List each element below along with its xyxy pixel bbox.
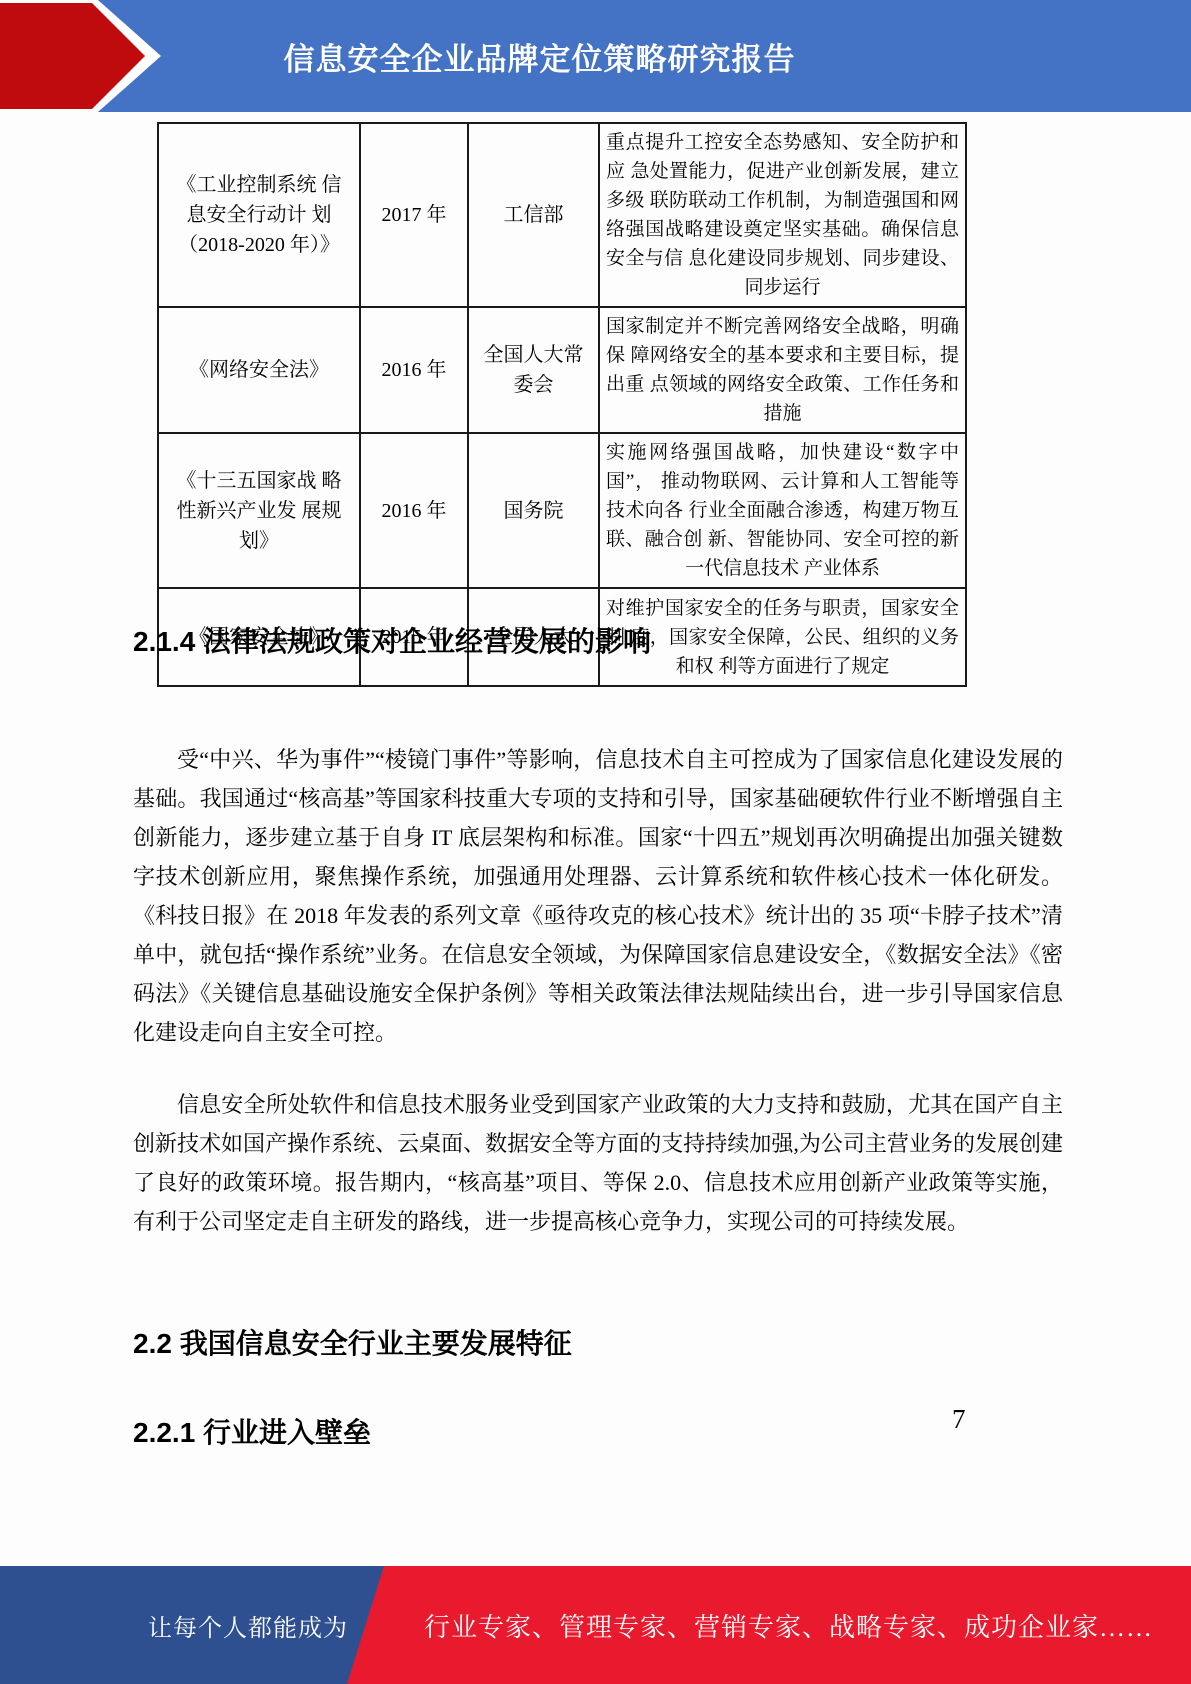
- section-heading-2-2-1: 2.2.1 行业进入壁垒: [133, 1415, 371, 1451]
- policy-year-cell: 2016 年: [360, 307, 468, 433]
- policy-description-cell: 实施网络强国战略，加快建设“数字中国”， 推动物联网、云计算和人工智能等技术向各…: [599, 433, 966, 588]
- footer-slogan-right: 行业专家、管理专家、营销专家、战略专家、成功企业家……: [424, 1566, 1171, 1684]
- policy-year-cell: 2016 年: [360, 433, 468, 588]
- policy-year-cell: 2017 年: [360, 123, 468, 307]
- report-page: 信息安全企业品牌定位策略研究报告 《工业控制系统 信息安全行动计 划（2018-…: [0, 0, 1191, 1684]
- page-footer: 让每个人都能成为 行业专家、管理专家、营销专家、战略专家、成功企业家……: [0, 1566, 1191, 1684]
- policy-description-cell: 重点提升工控安全态势感知、安全防护和应 急处置能力，促进产业创新发展，建立多级 …: [599, 123, 966, 307]
- table-row: 《工业控制系统 信息安全行动计 划（2018-2020 年）》 2017 年 工…: [158, 123, 966, 307]
- page-number: 7: [952, 1402, 966, 1436]
- policy-issuer-cell: 全国人大常委会: [468, 307, 599, 433]
- body-paragraph-2: 信息安全所处软件和信息技术服务业受到国家产业政策的大力支持和鼓励，尤其在国产自主…: [133, 1085, 1063, 1241]
- policy-name-cell: 《十三五国家战 略性新兴产业发 展规划》: [158, 433, 360, 588]
- policy-issuer-cell: 国务院: [468, 433, 599, 588]
- policy-issuer-cell: 工信部: [468, 123, 599, 307]
- table-row: 《网络安全法》 2016 年 全国人大常委会 国家制定并不断完善网络安全战略，明…: [158, 307, 966, 433]
- policy-description-cell: 对维护国家安全的任务与职责，国家安全制 度，国家安全保障，公民、组织的义务和权 …: [599, 588, 966, 686]
- policy-table: 《工业控制系统 信息安全行动计 划（2018-2020 年）》 2017 年 工…: [157, 122, 967, 687]
- body-paragraph-1: 受“中兴、华为事件”“棱镜门事件”等影响，信息技术自主可控成为了国家信息化建设发…: [133, 740, 1063, 1052]
- footer-slogan-left: 让每个人都能成为: [148, 1566, 348, 1684]
- policy-description-cell: 国家制定并不断完善网络安全战略，明确保 障网络安全的基本要求和主要目标，提出重 …: [599, 307, 966, 433]
- table-row: 《十三五国家战 略性新兴产业发 展规划》 2016 年 国务院 实施网络强国战略…: [158, 433, 966, 588]
- page-header: 信息安全企业品牌定位策略研究报告: [0, 0, 1191, 112]
- policy-name-cell: 《网络安全法》: [158, 307, 360, 433]
- policy-name-cell: 《工业控制系统 信息安全行动计 划（2018-2020 年）》: [158, 123, 360, 307]
- section-heading-2-2: 2.2 我国信息安全行业主要发展特征: [133, 1326, 572, 1362]
- report-title: 信息安全企业品牌定位策略研究报告: [0, 0, 1191, 112]
- section-heading-2-1-4: 2.1.4 法律法规政策对企业经营发展的影响: [133, 624, 651, 660]
